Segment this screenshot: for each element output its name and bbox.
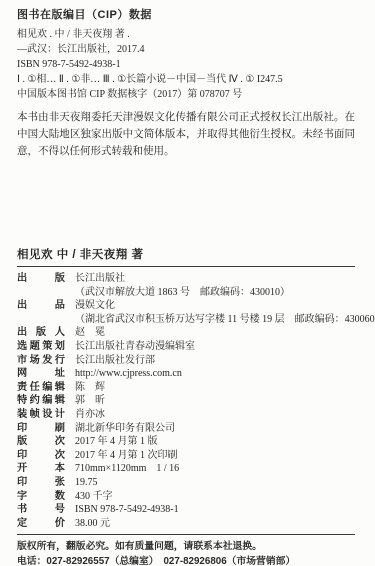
row-value: 湖北新华印务有限公司	[75, 422, 355, 436]
row-label: 开本	[17, 462, 65, 476]
row-editor: 责任编辑 陈 辉	[17, 381, 355, 395]
colophon-table: 出版 长江出版社 （武汉市解放大道 1863 号 邮政编码：430010） 出品…	[17, 272, 355, 530]
row-label: 特约编辑	[17, 394, 65, 408]
row-label: 出品	[17, 299, 65, 313]
row-label: 网址	[17, 367, 65, 381]
publisher-address: （武汉市解放大道 1863 号 邮政编码：430010）	[75, 286, 355, 300]
row-value: ISBN 978-7-5492-4938-1	[75, 503, 355, 517]
row-label: 选题策划	[17, 340, 65, 354]
row-publisher-person: 出版人 赵 冕	[17, 326, 355, 340]
row-website: 网址 http://www.cjpress.com.cn	[17, 367, 355, 381]
row-label: 印次	[17, 449, 65, 463]
license-notice: 本书由非天夜翔委托天津漫娱文化传播有限公司正式授权长江出版社。在中国大陆地区独家…	[17, 109, 355, 160]
footer-phones: 电话：027-82926557（总编室） 027-82926806（市场营销部）	[17, 555, 355, 566]
row-value: 19.75	[75, 476, 355, 490]
row-sheets: 印张 19.75	[17, 476, 355, 490]
page-footer: 版权所有，翻版必究。如有质量问题，请联系本社退换。 电话：027-8292655…	[17, 540, 355, 566]
cip-block: 相见欢 . 中 / 非天夜翔 著 . —武汉：长江出版社，2017.4 ISBN…	[17, 27, 355, 102]
row-distribution: 市场发行 长江出版社发行部	[17, 354, 355, 368]
row-price: 定价 38.00 元	[17, 517, 355, 531]
cip-line-registration: 中国版本图书馆 CIP 数据核字（2017）第 078707 号	[17, 87, 355, 102]
row-label: 版次	[17, 435, 65, 449]
row-word-count: 字数 430 千字	[17, 490, 355, 504]
row-isbn: 书号 ISBN 978-7-5492-4938-1	[17, 503, 355, 517]
divider	[17, 534, 355, 535]
row-value: 漫娱文化	[75, 299, 355, 313]
book-title-line: 相见欢 中 / 非天夜翔 著	[17, 248, 355, 267]
row-planning: 选题策划 长江出版社青春动漫编辑室	[17, 340, 355, 354]
row-producer: 出品 漫娱文化	[17, 299, 355, 313]
row-value: 郭 昕	[75, 394, 355, 408]
copyright-page: 图书在版编目（CIP）数据 相见欢 . 中 / 非天夜翔 著 . —武汉：长江出…	[0, 0, 375, 566]
row-label: 书号	[17, 503, 65, 517]
row-label: 出版	[17, 272, 65, 286]
row-printer: 印刷 湖北新华印务有限公司	[17, 422, 355, 436]
cip-line-title: 相见欢 . 中 / 非天夜翔 著 .	[17, 27, 355, 42]
row-publisher: 出版 长江出版社	[17, 272, 355, 286]
row-value: 38.00 元	[75, 517, 355, 531]
row-label: 出版人	[17, 326, 65, 340]
spacer	[17, 160, 355, 248]
row-value: 2017 年 4 月第 1 版	[75, 435, 355, 449]
cip-heading: 图书在版编目（CIP）数据	[17, 8, 355, 22]
cip-line-publisher: —武汉：长江出版社，2017.4	[17, 42, 355, 57]
row-label: 字数	[17, 490, 65, 504]
footer-notice: 版权所有，翻版必究。如有质量问题，请联系本社退换。	[17, 540, 355, 555]
row-value: 陈 辉	[75, 381, 355, 395]
row-special-editor: 特约编辑 郭 昕	[17, 394, 355, 408]
producer-address: （湖北省武汉市积玉桥万达写字楼 11 号楼 19 层 邮政编码：430060）	[75, 313, 355, 327]
cip-line-isbn: ISBN 978-7-5492-4938-1	[17, 57, 355, 72]
row-value: 长江出版社	[75, 272, 355, 286]
cip-line-classification: Ⅰ . ①相… Ⅱ . ①非… Ⅲ . ①长篇小说－中国－当代 Ⅳ . ① I2…	[17, 72, 355, 87]
row-design: 装帧设计 肖亦冰	[17, 408, 355, 422]
row-value: 2017 年 4 月第 1 次印刷	[75, 449, 355, 463]
row-label: 市场发行	[17, 354, 65, 368]
row-label: 装帧设计	[17, 408, 65, 422]
row-label: 印张	[17, 476, 65, 490]
row-edition: 版次 2017 年 4 月第 1 版	[17, 435, 355, 449]
row-label: 印刷	[17, 422, 65, 436]
row-label: 责任编辑	[17, 381, 65, 395]
row-value: 长江出版社发行部	[75, 354, 355, 368]
row-label: 定价	[17, 517, 65, 531]
row-value: 710mm×1120mm 1 / 16	[75, 462, 355, 476]
row-printing: 印次 2017 年 4 月第 1 次印刷	[17, 449, 355, 463]
website-url: http://www.cjpress.com.cn	[75, 367, 355, 381]
row-value: 赵 冕	[75, 326, 355, 340]
row-value: 430 千字	[75, 490, 355, 504]
row-value: 肖亦冰	[75, 408, 355, 422]
row-format: 开本 710mm×1120mm 1 / 16	[17, 462, 355, 476]
row-value: 长江出版社青春动漫编辑室	[75, 340, 355, 354]
